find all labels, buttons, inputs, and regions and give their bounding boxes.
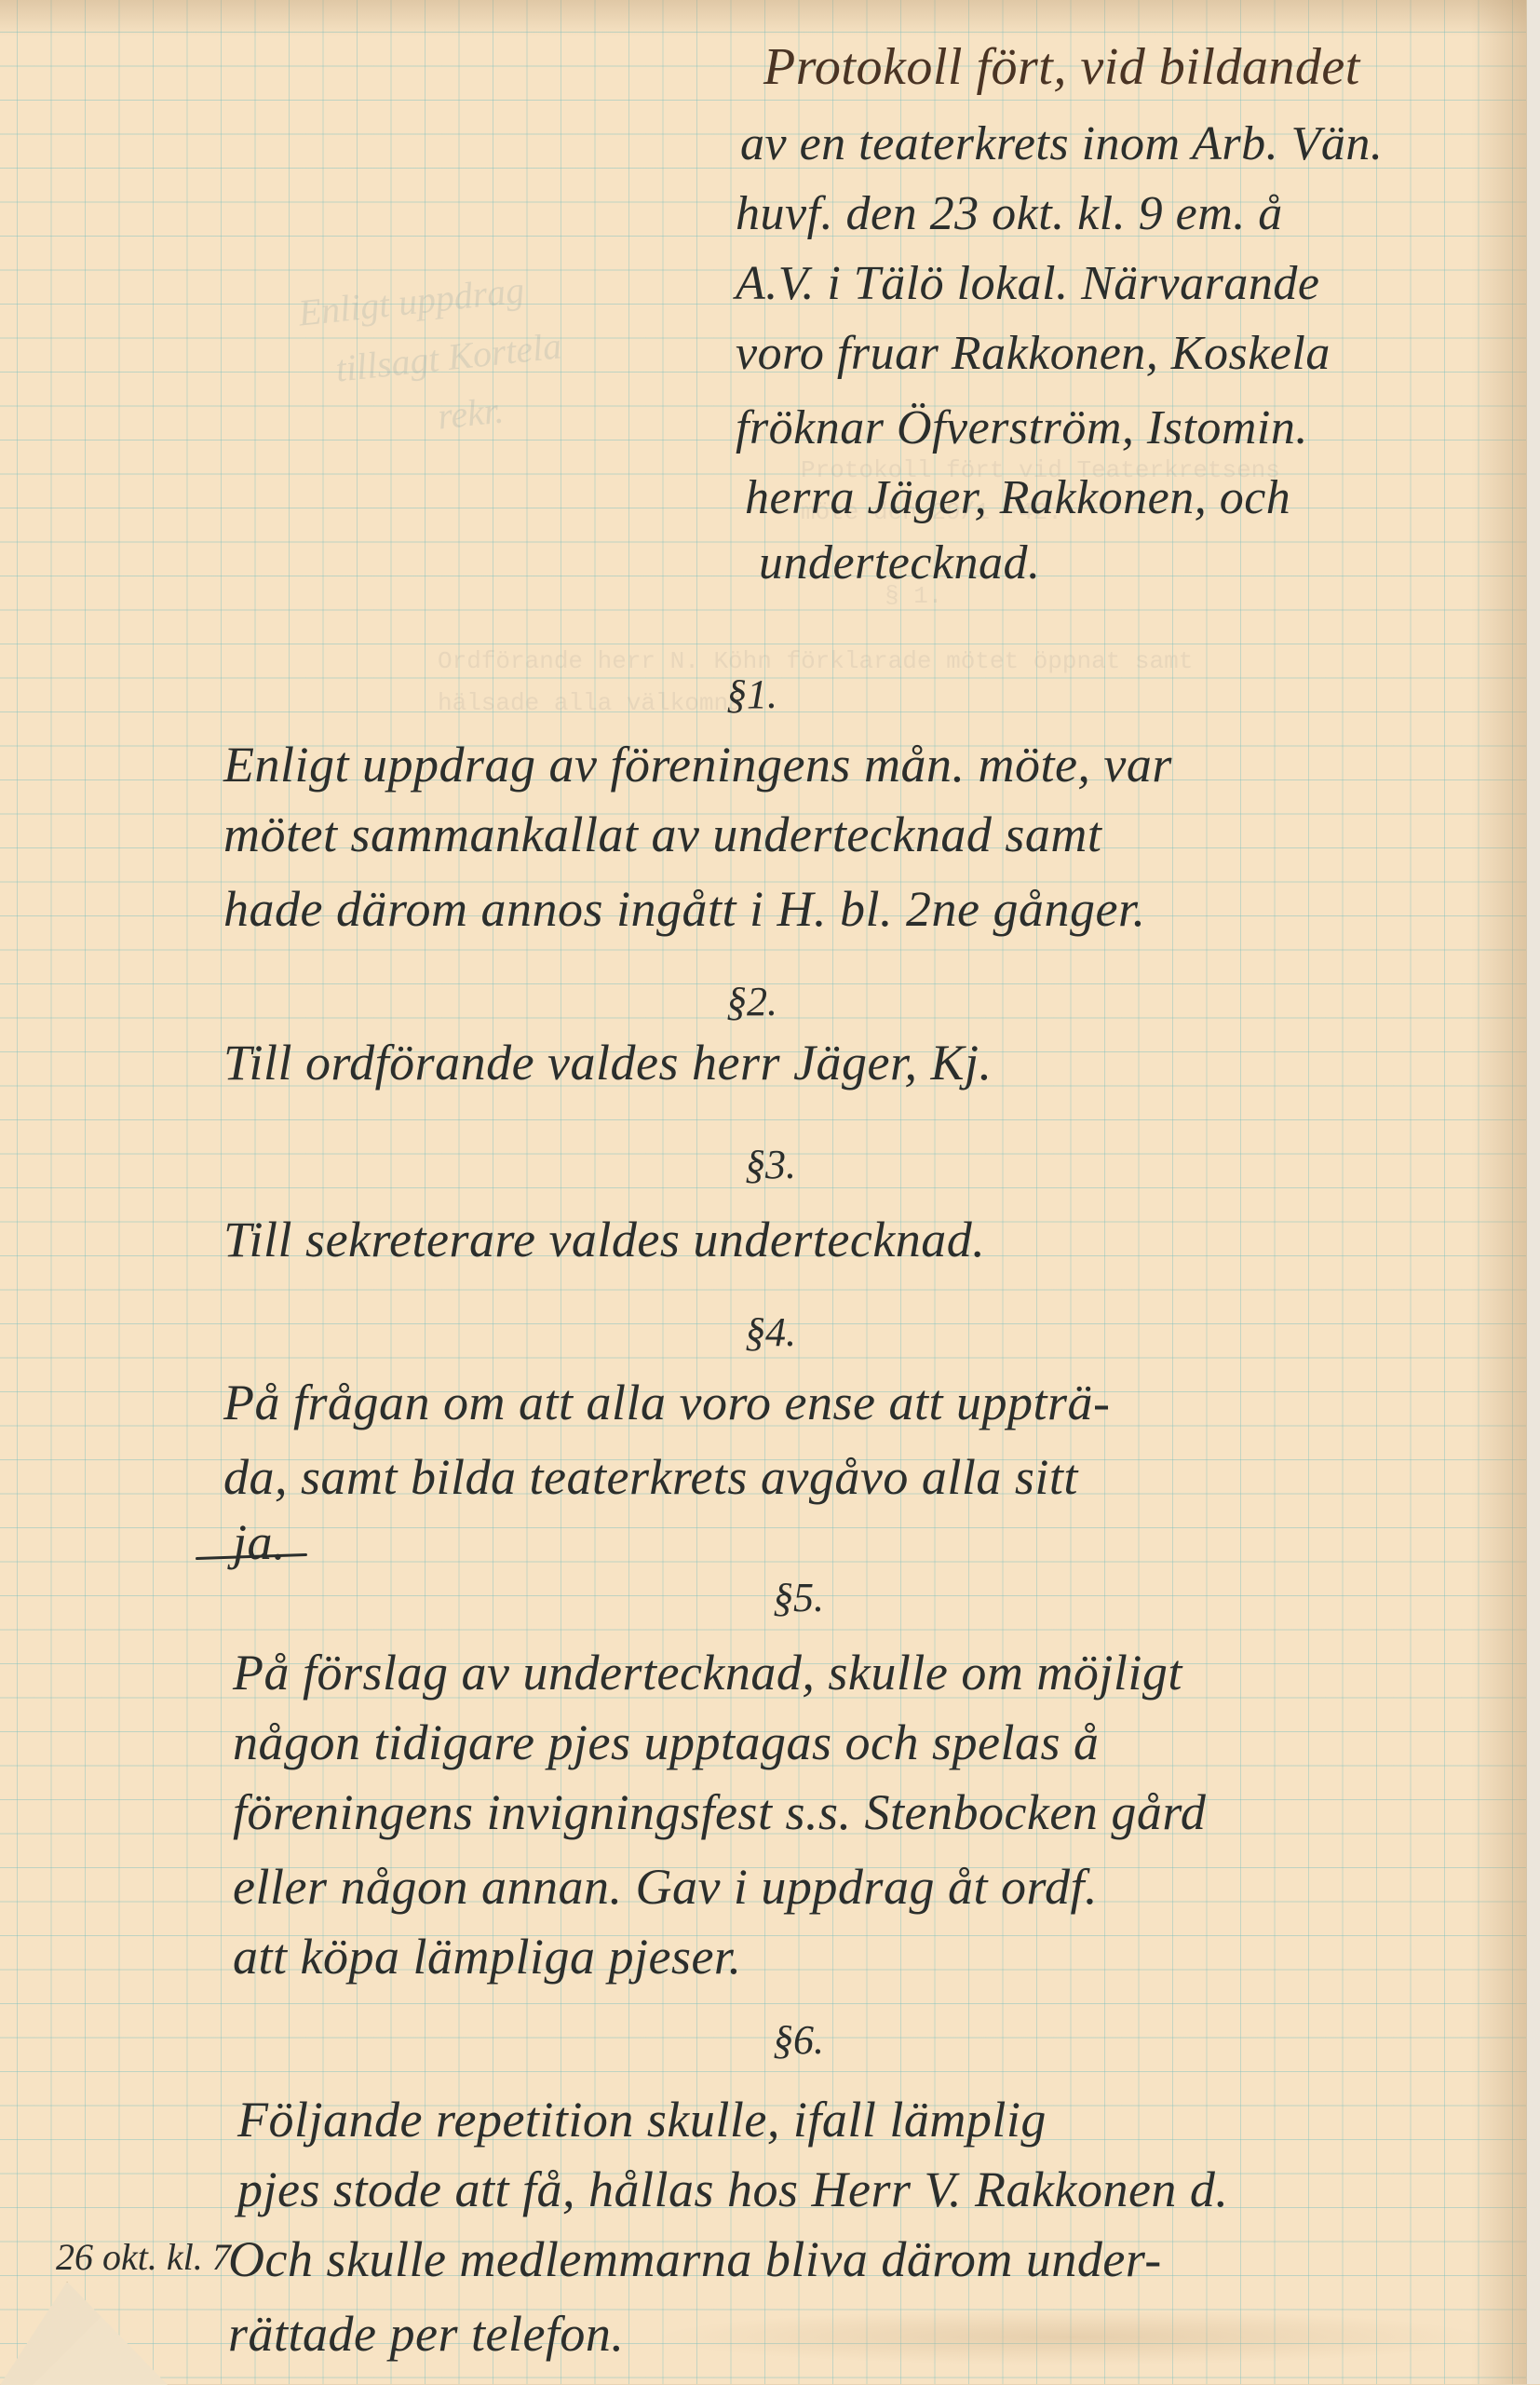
document-page: Enligt uppdrag tillsagt Kortela rekr. Pr… [0,0,1527,2384]
section-4-line-1: På frågan om att alla voro ense att uppt… [223,1374,1110,1431]
section-5-line-1: På förslag av undertecknad, skulle om mö… [233,1644,1182,1701]
section-mark-4: §4. [745,1308,796,1356]
section-mark-5: §5. [773,1574,824,1621]
section-1-line-1: Enligt uppdrag av föreningens mån. möte,… [223,736,1172,793]
bleedthrough-typed-5: hälsade alla välkomna. [438,689,757,717]
section-5-line-2: någon tidigare pjes upptagas och spelas … [233,1714,1099,1771]
section-6-line-3: Och skulle medlemmarna bliva därom under… [228,2230,1162,2288]
header-line-7: herra Jäger, Rakkonen, och [745,470,1290,525]
section-6-line-4: rättade per telefon. [228,2305,624,2363]
section-3-line-1: Till sekreterare valdes undertecknad. [223,1211,985,1268]
header-line-4: A.V. i Tälö lokal. Närvarande [736,256,1319,311]
section-1-line-2: mötet sammankallat av undertecknad samt [223,806,1101,863]
header-line-5: voro fruar Rakkonen, Koskela [736,326,1331,381]
section-mark-2: §2. [726,978,777,1025]
header-line-8: undertecknad. [759,535,1041,590]
header-line-3: huvf. den 23 okt. kl. 9 em. å [736,186,1283,241]
bleedthrough-typed-4: Ordförande herr N. Köhn förklarade mötet… [438,647,1193,675]
section-4-line-3: ja. [233,1513,286,1571]
section-6-line-1: Följande repetition skulle, ifall lämpli… [237,2091,1047,2148]
section-5-line-4: eller någon annan. Gav i uppdrag åt ordf… [233,1858,1098,1916]
margin-note-date: 26 okt. kl. 7 [56,2235,231,2279]
header-line-1: Protokoll fört, vid bildandet [763,37,1360,97]
section-5-line-3: föreningens invigningsfest s.s. Stenbock… [233,1783,1206,1841]
section-6-line-2: pjes stode att få, hållas hos Herr V. Ra… [237,2161,1228,2218]
bleedthrough-handwriting-2: tillsagt Kortela [333,323,563,390]
section-2-line-1: Till ordförande valdes herr Jäger, Kj. [223,1034,993,1091]
page-edge [1526,0,1540,2384]
section-5-line-5: att köpa lämpliga pjeser. [233,1928,741,1985]
header-line-6: fröknar Öfverström, Istomin. [736,400,1308,455]
bleedthrough-handwriting-1: Enligt uppdrag [296,267,526,334]
section-mark-6: §6. [773,2016,824,2064]
section-mark-1: §1. [726,671,777,718]
bleedthrough-handwriting-3: rekr. [436,387,506,438]
section-1-line-3: hade därom annos ingått i H. bl. 2ne gån… [223,880,1145,938]
section-mark-3: §3. [745,1141,796,1188]
paper-stain [652,2310,1490,2365]
section-4-line-2: da, samt bilda teaterkrets avgåvo alla s… [223,1448,1078,1506]
folded-corner [0,2282,168,2384]
header-line-2: av en teaterkrets inom Arb. Vän. [740,116,1383,171]
